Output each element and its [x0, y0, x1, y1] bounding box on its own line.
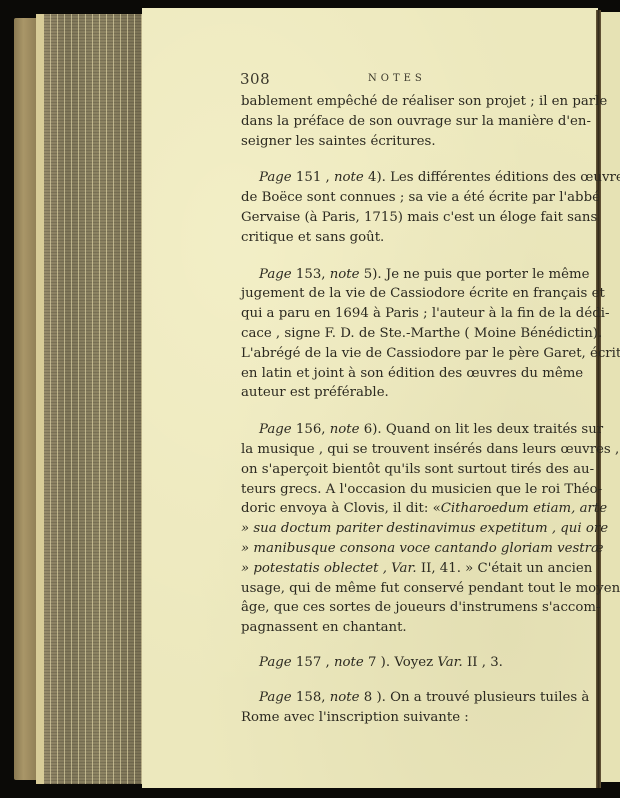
note-8-paragraph: Page 158, note 8 ). On a trouvé plusieur… — [241, 688, 568, 728]
running-title: NOTES — [368, 73, 426, 84]
latin-quote-line: » potestatis oblectet , — [241, 561, 391, 576]
note-text: Je ne puis que porter le même — [386, 267, 590, 282]
note-ref-label: note — [330, 690, 360, 705]
latin-quote-line: » sua doctum pariter destinavimus expeti… — [241, 519, 568, 539]
text-line: qui a paru en 1694 à Paris ; l'auteur à … — [241, 304, 568, 324]
text-line: Rome avec l'inscription suivante : — [241, 708, 568, 728]
text-line: la musique , qui se trouvent insérés dan… — [241, 440, 568, 460]
note-ref-label: note — [330, 422, 360, 437]
text-line: auteur est préférable. — [241, 383, 568, 403]
text-line: seigner les saintes écritures. — [241, 132, 568, 152]
page-text: bablement empêché de réaliser son projet… — [241, 92, 568, 727]
var-ref-number: II , 3. — [463, 655, 503, 670]
text-line: bablement empêché de réaliser son projet… — [241, 92, 568, 112]
page-number: 308 — [240, 70, 270, 88]
note-ref-number: 8 ). — [360, 690, 391, 705]
latin-quote-line: » manibusque consona voce cantando glori… — [241, 539, 568, 559]
text-line: L'abrégé de la vie de Cassiodore par le … — [241, 344, 568, 364]
note-ref-number: 4). — [364, 170, 390, 185]
text-line: pagnassent en chantant. — [241, 618, 568, 638]
page-ref-number: 153, — [292, 267, 330, 282]
text-line: jugement de la vie de Cassiodore écrite … — [241, 284, 568, 304]
page-ref-label: Page — [259, 655, 292, 670]
note-6-paragraph: Page 156, note 6). Quand on lit les deux… — [241, 420, 568, 638]
text-line: âge, que ces sortes de joueurs d'instrum… — [241, 598, 568, 618]
var-ref-label: Var. — [437, 655, 462, 670]
quote-intro: doric envoya à Clovis, il dit: « — [241, 501, 441, 516]
text-line: Page 151 , note 4). Les différentes édit… — [241, 168, 568, 188]
note-text: Les différentes éditions des œuvres — [390, 170, 620, 185]
text-line: Gervaise (à Paris, 1715) mais c'est un é… — [241, 208, 568, 228]
page-ref-label: Page — [259, 267, 292, 282]
note-4-paragraph: Page 151 , note 4). Les différentes édit… — [241, 168, 568, 247]
note-ref-label: note — [334, 655, 364, 670]
var-ref-label: Var. — [391, 561, 416, 576]
text-line: cace , signe F. D. de Ste.-Marthe ( Moin… — [241, 324, 568, 344]
note-ref-label: note — [330, 267, 360, 282]
text-line: usage, qui de même fut conservé pendant … — [241, 579, 568, 599]
page-header: 308 NOTES — [240, 70, 570, 88]
text-line: de Boëce sont connues ; sa vie a été écr… — [241, 188, 568, 208]
note-ref-number: 5). — [360, 267, 386, 282]
quote-citation: II, 41. » C'était un ancien — [417, 561, 593, 576]
page-ref-number: 151 , — [292, 170, 334, 185]
note-ref-number: 7 ). — [364, 655, 395, 670]
text-line: teurs grecs. A l'occasion du musicien qu… — [241, 480, 568, 500]
text-line: en latin et joint à son édition des œuvr… — [241, 364, 568, 384]
note-text: Voyez — [394, 655, 437, 670]
text-line: on s'aperçoit bientôt qu'ils sont surtou… — [241, 460, 568, 480]
paragraph-continuation: bablement empêché de réaliser son projet… — [241, 92, 568, 151]
text-line: Page 157 , note 7 ). Voyez Var. II , 3. — [241, 653, 568, 673]
note-text: On a trouvé plusieurs tuiles à — [390, 690, 589, 705]
text-line: Page 156, note 6). Quand on lit les deux… — [241, 420, 568, 440]
note-7-paragraph: Page 157 , note 7 ). Voyez Var. II , 3. — [241, 653, 568, 673]
page-stack-fore-edge — [36, 14, 142, 784]
page-stack-highlight — [36, 14, 44, 784]
note-text: Quand on lit les deux traités sur — [386, 422, 603, 437]
note-ref-number: 6). — [360, 422, 386, 437]
page-ref-label: Page — [259, 422, 292, 437]
text-line: Page 153, note 5). Je ne puis que porter… — [241, 265, 568, 285]
page-ref-number: 157 , — [292, 655, 334, 670]
note-ref-label: note — [334, 170, 364, 185]
text-line: Page 158, note 8 ). On a trouvé plusieur… — [241, 688, 568, 708]
page-ref-number: 156, — [292, 422, 330, 437]
note-5-paragraph: Page 153, note 5). Je ne puis que porter… — [241, 265, 568, 404]
text-line: dans la préface de son ouvrage sur la ma… — [241, 112, 568, 132]
text-line: critique et sans goût. — [241, 228, 568, 248]
text-line: » potestatis oblectet , Var. II, 41. » C… — [241, 559, 568, 579]
facing-page-edge — [601, 12, 620, 782]
page-ref-label: Page — [259, 170, 292, 185]
page-ref-label: Page — [259, 690, 292, 705]
text-line: doric envoya à Clovis, il dit: «Citharoe… — [241, 499, 568, 519]
book-cover-edge — [14, 18, 38, 780]
page-ref-number: 158, — [292, 690, 330, 705]
latin-quote: Citharoedum etiam, arte — [441, 501, 607, 516]
